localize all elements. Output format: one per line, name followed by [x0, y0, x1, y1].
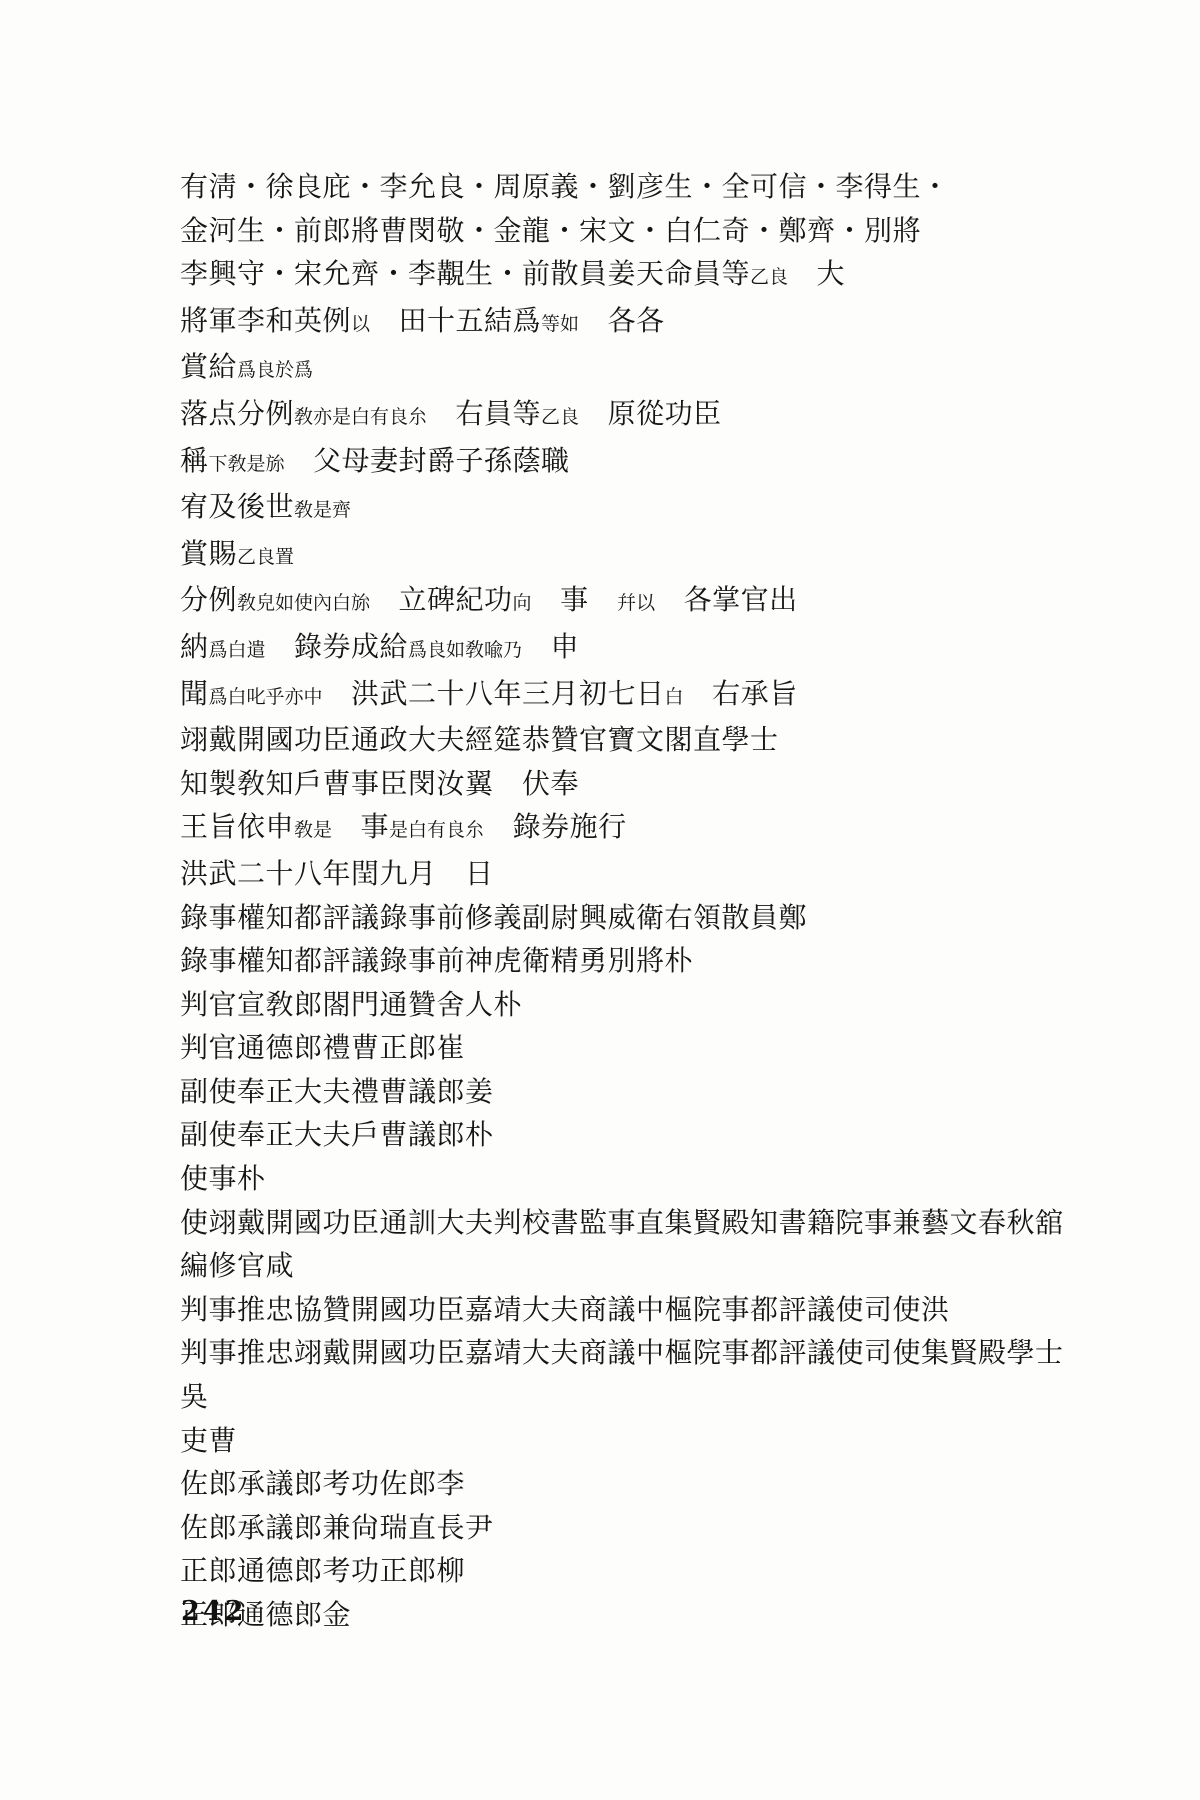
main-text: 申	[522, 632, 579, 663]
main-text: 錄券成給	[266, 632, 409, 663]
main-text: 有淸・徐良庇・李允良・周原義・劉彦生・全可信・李得生・	[180, 172, 950, 203]
main-text: 判事推忠翊戴開國功臣嘉靖大夫商議中樞院事都評議使司使集賢殿學士	[180, 1338, 1064, 1369]
text-line: 佐郎承議郎考功佐郎李	[180, 1463, 1140, 1507]
text-line: 賞給爲良於爲	[180, 346, 1140, 393]
idu-gloss-text: 乙良	[750, 267, 788, 288]
text-line: 翊戴開國功臣通政大夫經筵恭贊官寶文閣直學士	[180, 719, 1140, 763]
text-line: 賞賜乙良置	[180, 533, 1140, 580]
text-line: 錄事權知都評議錄事前修義副尉興威衛右領散員鄭	[180, 897, 1140, 941]
document-lines: 有淸・徐良庇・李允良・周原義・劉彦生・全可信・李得生・金河生・前郎將曹閔敬・金龍…	[180, 166, 1140, 1638]
page-number: 242	[181, 1596, 246, 1627]
text-line: 吳	[180, 1376, 1140, 1420]
main-text: 判官通德郎禮曹正郎崔	[180, 1033, 465, 1064]
main-text: 使事朴	[180, 1164, 266, 1195]
idu-gloss-text: 向	[513, 593, 532, 614]
text-line: 金河生・前郎將曹閔敬・金龍・宋文・白仁奇・鄭齊・別將	[180, 210, 1140, 254]
main-text: 錄事權知都評議錄事前神虎衛精勇別將朴	[180, 946, 693, 977]
main-text: 吏曹	[180, 1426, 237, 1457]
main-text: 賞給	[180, 352, 237, 383]
idu-gloss-text: 白	[665, 687, 684, 708]
text-line: 正郎通德郎考功正郎柳	[180, 1550, 1140, 1594]
text-line: 使翊戴開國功臣通訓大夫判校書監事直集賢殿知書籍院事兼藝文春秋舘	[180, 1202, 1140, 1246]
main-text: 右承旨	[684, 679, 798, 710]
text-line: 副使奉正大夫禮曹議郎姜	[180, 1071, 1140, 1115]
main-text: 洪武二十八年閏九月 日	[180, 859, 494, 890]
text-line: 納爲白遣 錄券成給爲良如敎喩乃 申	[180, 626, 1140, 673]
idu-gloss-text: 敎是齊	[294, 500, 351, 521]
idu-gloss-text: 乙良置	[237, 547, 294, 568]
idu-gloss-text: 等如	[541, 314, 579, 335]
text-line: 副使奉正大夫戶曹議郎朴	[180, 1114, 1140, 1158]
idu-gloss-text: 下敎是旀	[209, 454, 285, 475]
idu-gloss-text: 爲良如敎喩乃	[408, 640, 522, 661]
idu-gloss-text: 爲白叱乎亦中	[209, 687, 323, 708]
text-line: 將軍李和英例以 田十五結爲等如 各各	[180, 300, 1140, 347]
main-text: 王旨依申	[180, 812, 294, 843]
text-line: 落点分例敎亦是白有良厼 右員等乙良 原從功臣	[180, 393, 1140, 440]
text-line: 分例敎皃如使內白旀 立碑紀功向 事 幷以 各掌官出	[180, 579, 1140, 626]
main-text: 各掌官出	[655, 585, 798, 616]
idu-gloss-text: 敎皃如使內白旀	[237, 593, 370, 614]
idu-gloss-text: 幷以	[617, 593, 655, 614]
idu-gloss-text: 爲白遣	[209, 640, 266, 661]
main-text: 金河生・前郎將曹閔敬・金龍・宋文・白仁奇・鄭齊・別將	[180, 216, 921, 247]
main-text: 副使奉正大夫戶曹議郎朴	[180, 1120, 494, 1151]
text-line: 洪武二十八年閏九月 日	[180, 853, 1140, 897]
text-line: 判事推忠協贊開國功臣嘉靖大夫商議中樞院事都評議使司使洪	[180, 1289, 1140, 1333]
idu-gloss-text: 以	[351, 314, 370, 335]
main-text: 佐郎承議郎兼尙瑞直長尹	[180, 1513, 494, 1544]
main-text: 大	[788, 259, 845, 290]
main-text: 右員等	[427, 399, 541, 430]
text-line: 判官宣敎郎閤門通贊舍人朴	[180, 984, 1140, 1028]
main-text: 稱	[180, 446, 209, 477]
text-line: 宥及後世敎是齊	[180, 486, 1140, 533]
main-text: 正郎通德郎考功正郎柳	[180, 1556, 465, 1587]
idu-gloss-text: 敎亦是白有良厼	[294, 407, 427, 428]
main-text: 副使奉正大夫禮曹議郎姜	[180, 1077, 494, 1108]
idu-gloss-text: 乙良	[541, 407, 579, 428]
main-text: 李興守・宋允齊・李覯生・前散員姜天命員等	[180, 259, 750, 290]
main-text: 翊戴開國功臣通政大夫經筵恭贊官寶文閣直學士	[180, 725, 779, 756]
main-text: 父母妻封爵子孫蔭職	[285, 446, 570, 477]
main-text: 事	[332, 812, 389, 843]
main-text: 佐郎承議郎考功佐郎李	[180, 1469, 465, 1500]
text-line: 聞爲白叱乎亦中 洪武二十八年三月初七日白 右承旨	[180, 673, 1140, 720]
main-text: 判官宣敎郎閤門通贊舍人朴	[180, 990, 522, 1021]
main-text: 立碑紀功	[370, 585, 513, 616]
main-text: 原從功臣	[579, 399, 722, 430]
document-page: 有淸・徐良庇・李允良・周原義・劉彦生・全可信・李得生・金河生・前郎將曹閔敬・金龍…	[0, 0, 1200, 1800]
main-text: 田十五結爲	[370, 306, 541, 337]
text-line: 正郎通德郎金	[180, 1594, 1140, 1638]
text-line: 知製敎知戶曹事臣閔汝翼 伏奉	[180, 763, 1140, 807]
main-text: 使翊戴開國功臣通訓大夫判校書監事直集賢殿知書籍院事兼藝文春秋舘	[180, 1208, 1064, 1239]
text-line: 使事朴	[180, 1158, 1140, 1202]
main-text: 知製敎知戶曹事臣閔汝翼 伏奉	[180, 769, 579, 800]
text-line: 李興守・宋允齊・李覯生・前散員姜天命員等乙良 大	[180, 253, 1140, 300]
text-line: 編修官咸	[180, 1245, 1140, 1289]
main-text: 納	[180, 632, 209, 663]
text-line: 錄事權知都評議錄事前神虎衛精勇別將朴	[180, 940, 1140, 984]
text-line: 有淸・徐良庇・李允良・周原義・劉彦生・全可信・李得生・	[180, 166, 1140, 210]
main-text: 錄券施行	[484, 812, 627, 843]
text-line: 判事推忠翊戴開國功臣嘉靖大夫商議中樞院事都評議使司使集賢殿學士	[180, 1332, 1140, 1376]
main-text: 宥及後世	[180, 492, 294, 523]
text-line: 佐郎承議郎兼尙瑞直長尹	[180, 1507, 1140, 1551]
idu-gloss-text: 敎是	[294, 820, 332, 841]
main-text: 事	[532, 585, 618, 616]
main-text: 判事推忠協贊開國功臣嘉靖大夫商議中樞院事都評議使司使洪	[180, 1295, 950, 1326]
main-text: 落点分例	[180, 399, 294, 430]
main-text: 將軍李和英例	[180, 306, 351, 337]
text-line: 吏曹	[180, 1420, 1140, 1464]
text-line: 稱下敎是旀 父母妻封爵子孫蔭職	[180, 440, 1140, 487]
idu-gloss-text: 是白有良厼	[389, 820, 484, 841]
main-text: 錄事權知都評議錄事前修義副尉興威衛右領散員鄭	[180, 903, 807, 934]
main-text: 吳	[180, 1382, 209, 1413]
text-line: 判官通德郎禮曹正郎崔	[180, 1027, 1140, 1071]
main-text: 聞	[180, 679, 209, 710]
main-text: 編修官咸	[180, 1251, 294, 1282]
idu-gloss-text: 爲良於爲	[237, 360, 313, 381]
main-text: 洪武二十八年三月初七日	[323, 679, 665, 710]
main-text: 賞賜	[180, 539, 237, 570]
main-text: 分例	[180, 585, 237, 616]
main-text: 各各	[579, 306, 665, 337]
text-line: 王旨依申敎是 事是白有良厼 錄券施行	[180, 806, 1140, 853]
